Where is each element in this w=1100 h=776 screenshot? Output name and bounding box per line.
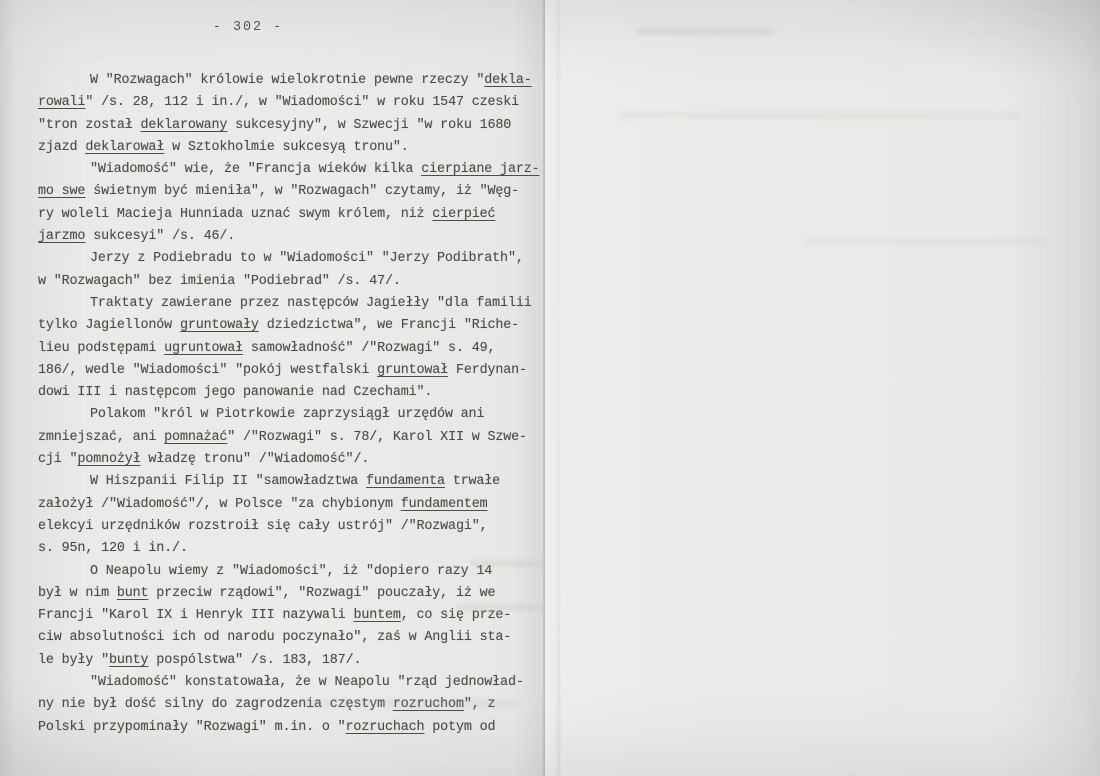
underlined-text: dekla-: [484, 73, 531, 88]
text-segment: O Neapolu wiemy z "Wiadomości", iż "dopi…: [90, 564, 492, 579]
text-segment: potym od: [424, 720, 495, 735]
underlined-text: pomnożył: [77, 452, 140, 467]
text-segment: Polakom "król w Piotrkowie zaprzysiągł u…: [90, 407, 484, 422]
underlined-text: bunt: [117, 586, 149, 601]
text-segment: Jerzy z Podiebradu to w "Wiadomości" "Je…: [90, 251, 524, 266]
text-segment: dowi III i następcom jego panowanie nad …: [38, 385, 432, 400]
text-segment: świetnym być mieniła", w "Rozwagach" czy…: [85, 184, 519, 199]
page-gutter-crease: [543, 0, 545, 776]
text-line: "Wiadomość" wie, że "Francja wieków kilk…: [38, 159, 546, 181]
underlined-text: cierpieć: [432, 207, 495, 222]
text-segment: Traktaty zawierane przez następców Jagie…: [90, 296, 532, 311]
bleed-smudge: [635, 28, 775, 35]
text-line: tylko Jagiellonów gruntowały dziedzictwa…: [38, 315, 546, 337]
text-segment: trwałe: [445, 474, 500, 489]
text-segment: s. 95n, 120 i in./.: [38, 541, 188, 556]
text-segment: zjazd: [38, 140, 85, 155]
bleed-smudge: [455, 604, 540, 611]
text-segment: tylko Jagiellonów: [38, 318, 180, 333]
text-segment: elekcyi urzędników rozstroił się cały us…: [38, 519, 488, 534]
text-line: rowali" /s. 28, 112 i in./, w "Wiadomośc…: [38, 92, 546, 114]
text-line: W "Rozwagach" królowie wielokrotnie pewn…: [38, 70, 546, 92]
text-segment: " /s. 28, 112 i in./, w "Wiadomości" w r…: [85, 95, 519, 110]
text-line: Polski przypominały "Rozwagi" m.in. o "r…: [38, 717, 546, 739]
text-segment: pospólstwa" /s. 183, 187/.: [148, 653, 361, 668]
text-line: elekcyi urzędników rozstroił się cały us…: [38, 516, 546, 538]
bleed-smudge: [300, 700, 520, 707]
text-segment: "tron został: [38, 118, 141, 133]
text-line: s. 95n, 120 i in./.: [38, 538, 546, 560]
underlined-text: buntem: [353, 608, 400, 623]
text-line: zjazd deklarował w Sztokholmie sukcesyą …: [38, 137, 546, 159]
bleed-smudge: [470, 560, 540, 567]
underlined-text: mo swe: [38, 184, 85, 199]
page-302-text: W "Rozwagach" królowie wielokrotnie pewn…: [38, 70, 546, 739]
underlined-text: jarzmo: [38, 229, 85, 244]
text-line: jarzmo sukcesyi" /s. 46/.: [38, 226, 546, 248]
bleed-smudge: [805, 238, 1045, 245]
underlined-text: deklarowany: [141, 118, 228, 133]
underlined-text: gruntował: [377, 363, 448, 378]
page-302: - 302 - W "Rozwagach" królowie wielokrot…: [0, 0, 545, 776]
page-fold-shadow: [557, 0, 560, 776]
text-line: lieu podstępami ugruntował samowładność"…: [38, 338, 546, 360]
text-segment: dziedzictwa", we Francji "Riche-: [259, 318, 519, 333]
page-303: - 303 - prymasa /.../ wszczętych, zatamo…: [545, 0, 1100, 776]
text-segment: w Sztokholmie sukcesyą tronu".: [164, 140, 408, 155]
text-line: le były "bunty pospólstwa" /s. 183, 187/…: [38, 650, 546, 672]
text-segment: 186/, wedle "Wiadomości" "pokój westfals…: [38, 363, 377, 378]
text-line: 186/, wedle "Wiadomości" "pokój westfals…: [38, 360, 546, 382]
underlined-text: pomnażać: [164, 430, 227, 445]
text-segment: "Wiadomość" konstatowała, że w Neapolu "…: [90, 675, 524, 690]
text-line: był w nim bunt przeciw rządowi", "Rozwag…: [38, 583, 546, 605]
underlined-text: gruntowały: [180, 318, 259, 333]
text-line: dowi III i następcom jego panowanie nad …: [38, 382, 546, 404]
text-line: Traktaty zawierane przez następców Jagie…: [38, 293, 546, 315]
text-line: zmniejszać, ani pomnażać" /"Rozwagi" s. …: [38, 427, 546, 449]
text-line: cji "pomnożył władzę tronu" /"Wiadomość"…: [38, 449, 546, 471]
text-line: Polakom "król w Piotrkowie zaprzysiągł u…: [38, 404, 546, 426]
text-line: "tron został deklarowany sukcesyjny", w …: [38, 115, 546, 137]
text-segment: cji ": [38, 452, 77, 467]
text-segment: sukcesyjny", w Szwecji "w roku 1680: [227, 118, 511, 133]
underlined-text: rowali: [38, 95, 85, 110]
text-segment: zmniejszać, ani: [38, 430, 164, 445]
text-segment: ciw absolutności ich od narodu poczynało…: [38, 630, 511, 645]
underlined-text: fundamenta: [366, 474, 445, 489]
underlined-text: rozruchach: [346, 720, 425, 735]
text-segment: W "Rozwagach" królowie wielokrotnie pewn…: [90, 73, 484, 88]
underlined-text: ugruntował: [164, 341, 243, 356]
text-segment: Polski przypominały "Rozwagi" m.in. o ": [38, 720, 346, 735]
underlined-text: bunty: [109, 653, 148, 668]
text-line: W Hiszpanii Filip II "samowładztwa funda…: [38, 471, 546, 493]
text-segment: samowładność" /"Rozwagi" s. 49,: [243, 341, 495, 356]
text-segment: ry woleli Macieja Hunniada uznać swym kr…: [38, 207, 432, 222]
text-line: ry woleli Macieja Hunniada uznać swym kr…: [38, 204, 546, 226]
text-segment: przeciw rządowi", "Rozwagi" pouczały, iż…: [148, 586, 495, 601]
text-line: w "Rozwagach" bez imienia "Podiebrad" /s…: [38, 271, 546, 293]
text-segment: w "Rozwagach" bez imienia "Podiebrad" /s…: [38, 274, 401, 289]
underlined-text: cierpiane jarz-: [421, 162, 539, 177]
page-number: - 302 -: [188, 20, 308, 35]
text-segment: W Hiszpanii Filip II "samowładztwa: [90, 474, 366, 489]
book-scan: - 302 - W "Rozwagach" królowie wielokrot…: [0, 0, 1100, 776]
underlined-text: fundamentem: [401, 497, 488, 512]
bleed-smudge: [620, 112, 1020, 119]
text-segment: założył /"Wiadomość"/, w Polsce "za chyb…: [38, 497, 401, 512]
underlined-text: deklarował: [85, 140, 164, 155]
text-segment: " /"Rozwagi" s. 78/, Karol XII w Szwe-: [227, 430, 527, 445]
text-line: ciw absolutności ich od narodu poczynało…: [38, 627, 546, 649]
text-segment: był w nim: [38, 586, 117, 601]
text-segment: Francji "Karol IX i Henryk III nazywali: [38, 608, 353, 623]
text-segment: le były ": [38, 653, 109, 668]
text-line: "Wiadomość" konstatowała, że w Neapolu "…: [38, 672, 546, 694]
text-segment: lieu podstępami: [38, 341, 164, 356]
text-line: Jerzy z Podiebradu to w "Wiadomości" "Je…: [38, 248, 546, 270]
text-segment: "Wiadomość" wie, że "Francja wieków kilk…: [90, 162, 421, 177]
text-segment: Ferdynan-: [448, 363, 527, 378]
text-segment: władzę tronu" /"Wiadomość"/.: [141, 452, 370, 467]
text-segment: sukcesyi" /s. 46/.: [85, 229, 235, 244]
text-line: mo swe świetnym być mieniła", w "Rozwaga…: [38, 181, 546, 203]
text-line: założył /"Wiadomość"/, w Polsce "za chyb…: [38, 494, 546, 516]
